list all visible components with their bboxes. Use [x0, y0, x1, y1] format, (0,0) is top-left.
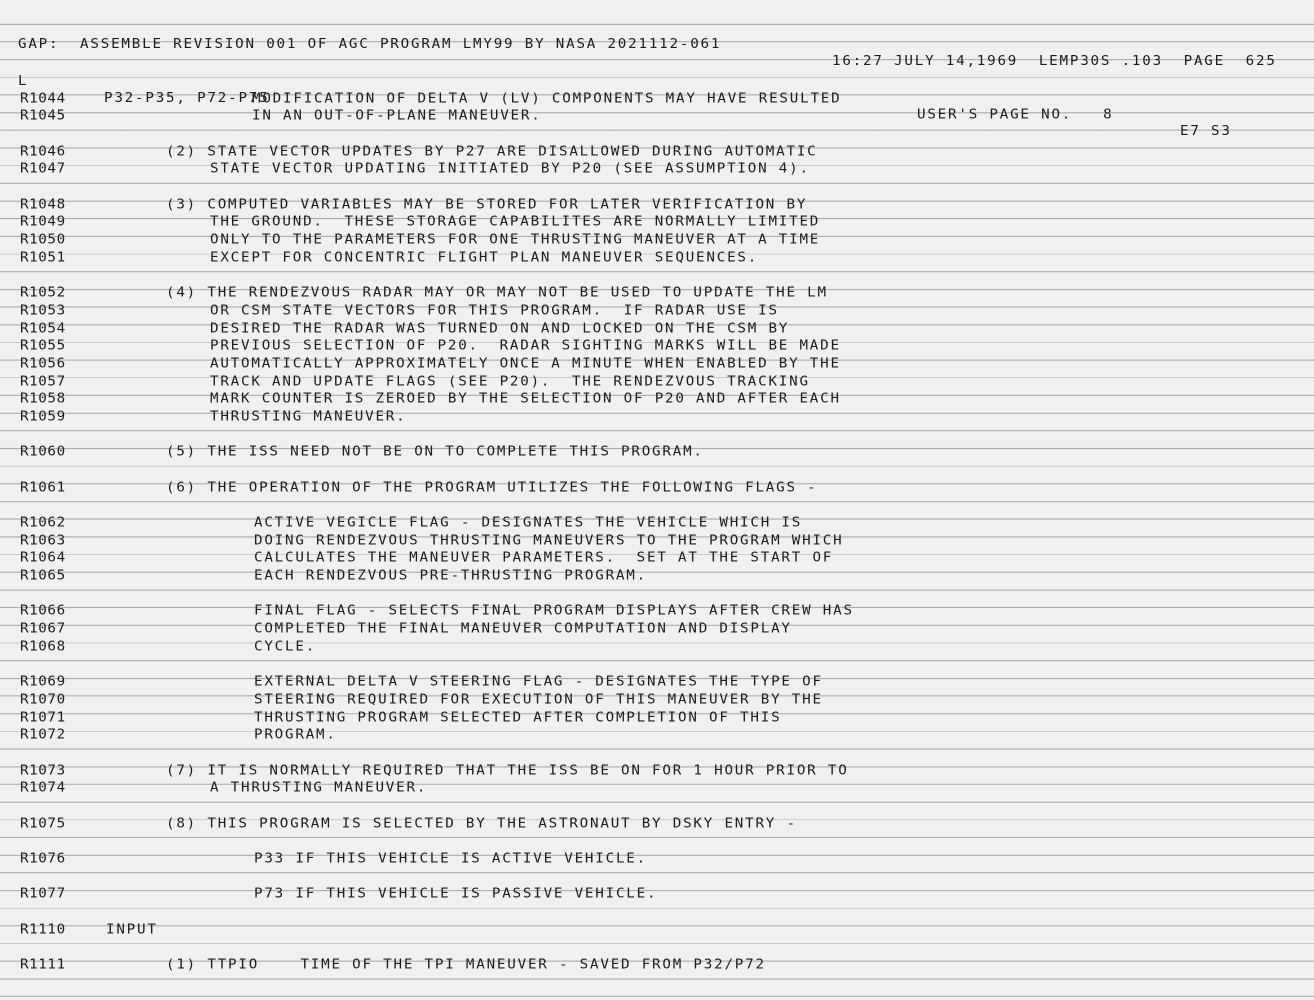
line-text: (4) THE RENDEZVOUS RADAR MAY OR MAY NOT …: [166, 285, 828, 302]
line-text: A THRUSTING MANEUVER.: [210, 780, 427, 797]
header-row: GAP: ASSEMBLE REVISION 001 OF AGC PROGRA…: [0, 20, 41, 37]
line-number: R1065: [20, 568, 66, 585]
line-text: FINAL FLAG - SELECTS FINAL PROGRAM DISPL…: [254, 603, 854, 620]
line-number: R1064: [20, 550, 66, 567]
line-number: R1046: [20, 143, 66, 160]
line-text: CALCULATES THE MANEUVER PARAMETERS. SET …: [254, 550, 833, 567]
line-text: MODIFICATION OF DELTA V (LV) COMPONENTS …: [252, 90, 841, 107]
line-number: R1050: [20, 232, 66, 249]
page-code: E7 S3: [1180, 123, 1232, 140]
line-text: PREVIOUS SELECTION OF P20. RADAR SIGHTIN…: [210, 338, 841, 355]
line-text: THE GROUND. THESE STORAGE CAPABILITES AR…: [210, 214, 820, 231]
line-text: THRUSTING PROGRAM SELECTED AFTER COMPLET…: [254, 709, 781, 726]
line-number: R1049: [20, 214, 66, 231]
log-marker: L: [18, 73, 28, 90]
line-number: R1063: [20, 532, 66, 549]
line-number: R1076: [20, 851, 66, 868]
line-number: R1051: [20, 250, 66, 267]
line-text: (1) TTPIO TIME OF THE TPI MANEUVER - SAV…: [166, 957, 766, 974]
timestamp-page-info: 16:27 JULY 14,1969 LEMP30S .103 PAGE 625: [832, 53, 1277, 70]
line-text: INPUT: [106, 921, 158, 938]
line-number: R1074: [20, 780, 66, 797]
line-number: R1111: [20, 957, 66, 974]
line-text: COMPLETED THE FINAL MANEUVER COMPUTATION…: [254, 621, 792, 638]
line-text: STEERING REQUIRED FOR EXECUTION OF THIS …: [254, 692, 823, 709]
line-number: R1072: [20, 727, 66, 744]
line-text: OR CSM STATE VECTORS FOR THIS PROGRAM. I…: [210, 303, 779, 320]
line-number: R1066: [20, 603, 66, 620]
line-number: R1059: [20, 409, 66, 426]
line-text: TRACK AND UPDATE FLAGS (SEE P20). THE RE…: [210, 373, 810, 390]
line-text: STATE VECTOR UPDATING INITIATED BY P20 (…: [210, 161, 810, 178]
assembly-info: GAP: ASSEMBLE REVISION 001 OF AGC PROGRA…: [18, 36, 721, 53]
line-text: PROGRAM.: [254, 727, 337, 744]
line-number: R1057: [20, 373, 66, 390]
line-number: R1073: [20, 762, 66, 779]
line-text: IN AN OUT-OF-PLANE MANEUVER.: [252, 108, 542, 125]
line-text: ACTIVE VEGICLE FLAG - DESIGNATES THE VEH…: [254, 515, 802, 532]
line-text: P73 IF THIS VEHICLE IS PASSIVE VEHICLE.: [254, 886, 657, 903]
line-number: R1048: [20, 197, 66, 214]
line-text: (5) THE ISS NEED NOT BE ON TO COMPLETE T…: [166, 444, 704, 461]
line-text: EXTERNAL DELTA V STEERING FLAG - DESIGNA…: [254, 674, 823, 691]
line-text: AUTOMATICALLY APPROXIMATELY ONCE A MINUT…: [210, 356, 841, 373]
line-number: R1077: [20, 886, 66, 903]
line-number: R1071: [20, 709, 66, 726]
line-text: CYCLE.: [254, 639, 316, 656]
section-title: P32-P35, P72-P75: [104, 90, 269, 107]
line-number: R1068: [20, 639, 66, 656]
line-text: EXCEPT FOR CONCENTRIC FLIGHT PLAN MANEUV…: [210, 250, 758, 267]
line-text: THRUSTING MANEUVER.: [210, 409, 407, 426]
line-text: (2) STATE VECTOR UPDATES BY P27 ARE DISA…: [166, 143, 818, 160]
line-number: R1045: [20, 108, 66, 125]
line-number: R1054: [20, 320, 66, 337]
line-number: R1056: [20, 356, 66, 373]
line-text: ONLY TO THE PARAMETERS FOR ONE THRUSTING…: [210, 232, 820, 249]
line-number: R1067: [20, 621, 66, 638]
line-number: R1060: [20, 444, 66, 461]
line-number: R1044: [20, 90, 66, 107]
line-number: R1070: [20, 692, 66, 709]
line-text: DESIRED THE RADAR WAS TURNED ON AND LOCK…: [210, 320, 789, 337]
line-text: (7) IT IS NORMALLY REQUIRED THAT THE ISS…: [166, 762, 849, 779]
line-text: (8) THIS PROGRAM IS SELECTED BY THE ASTR…: [166, 815, 797, 832]
line-text: EACH RENDEZVOUS PRE-THRUSTING PROGRAM.: [254, 568, 647, 585]
line-text: (3) COMPUTED VARIABLES MAY BE STORED FOR…: [166, 197, 807, 214]
line-number: R1069: [20, 674, 66, 691]
line-number: R1058: [20, 391, 66, 408]
line-number: R1110: [20, 921, 66, 938]
line-number: R1062: [20, 515, 66, 532]
printout-page: GAP: ASSEMBLE REVISION 001 OF AGC PROGRA…: [0, 0, 1314, 1000]
line-text: MARK COUNTER IS ZEROED BY THE SELECTION …: [210, 391, 841, 408]
line-number: R1055: [20, 338, 66, 355]
line-number: R1053: [20, 303, 66, 320]
line-text: DOING RENDEZVOUS THRUSTING MANEUVERS TO …: [254, 532, 843, 549]
line-number: R1052: [20, 285, 66, 302]
line-number: R1075: [20, 815, 66, 832]
line-number: R1061: [20, 479, 66, 496]
section-header-row: L P32-P35, P72-P75 USER'S PAGE NO. 8 E7 …: [0, 57, 41, 74]
line-text: (6) THE OPERATION OF THE PROGRAM UTILIZE…: [166, 479, 818, 496]
line-number: R1047: [20, 161, 66, 178]
line-text: P33 IF THIS VEHICLE IS ACTIVE VEHICLE.: [254, 851, 647, 868]
user-page-number: USER'S PAGE NO. 8: [917, 106, 1114, 123]
